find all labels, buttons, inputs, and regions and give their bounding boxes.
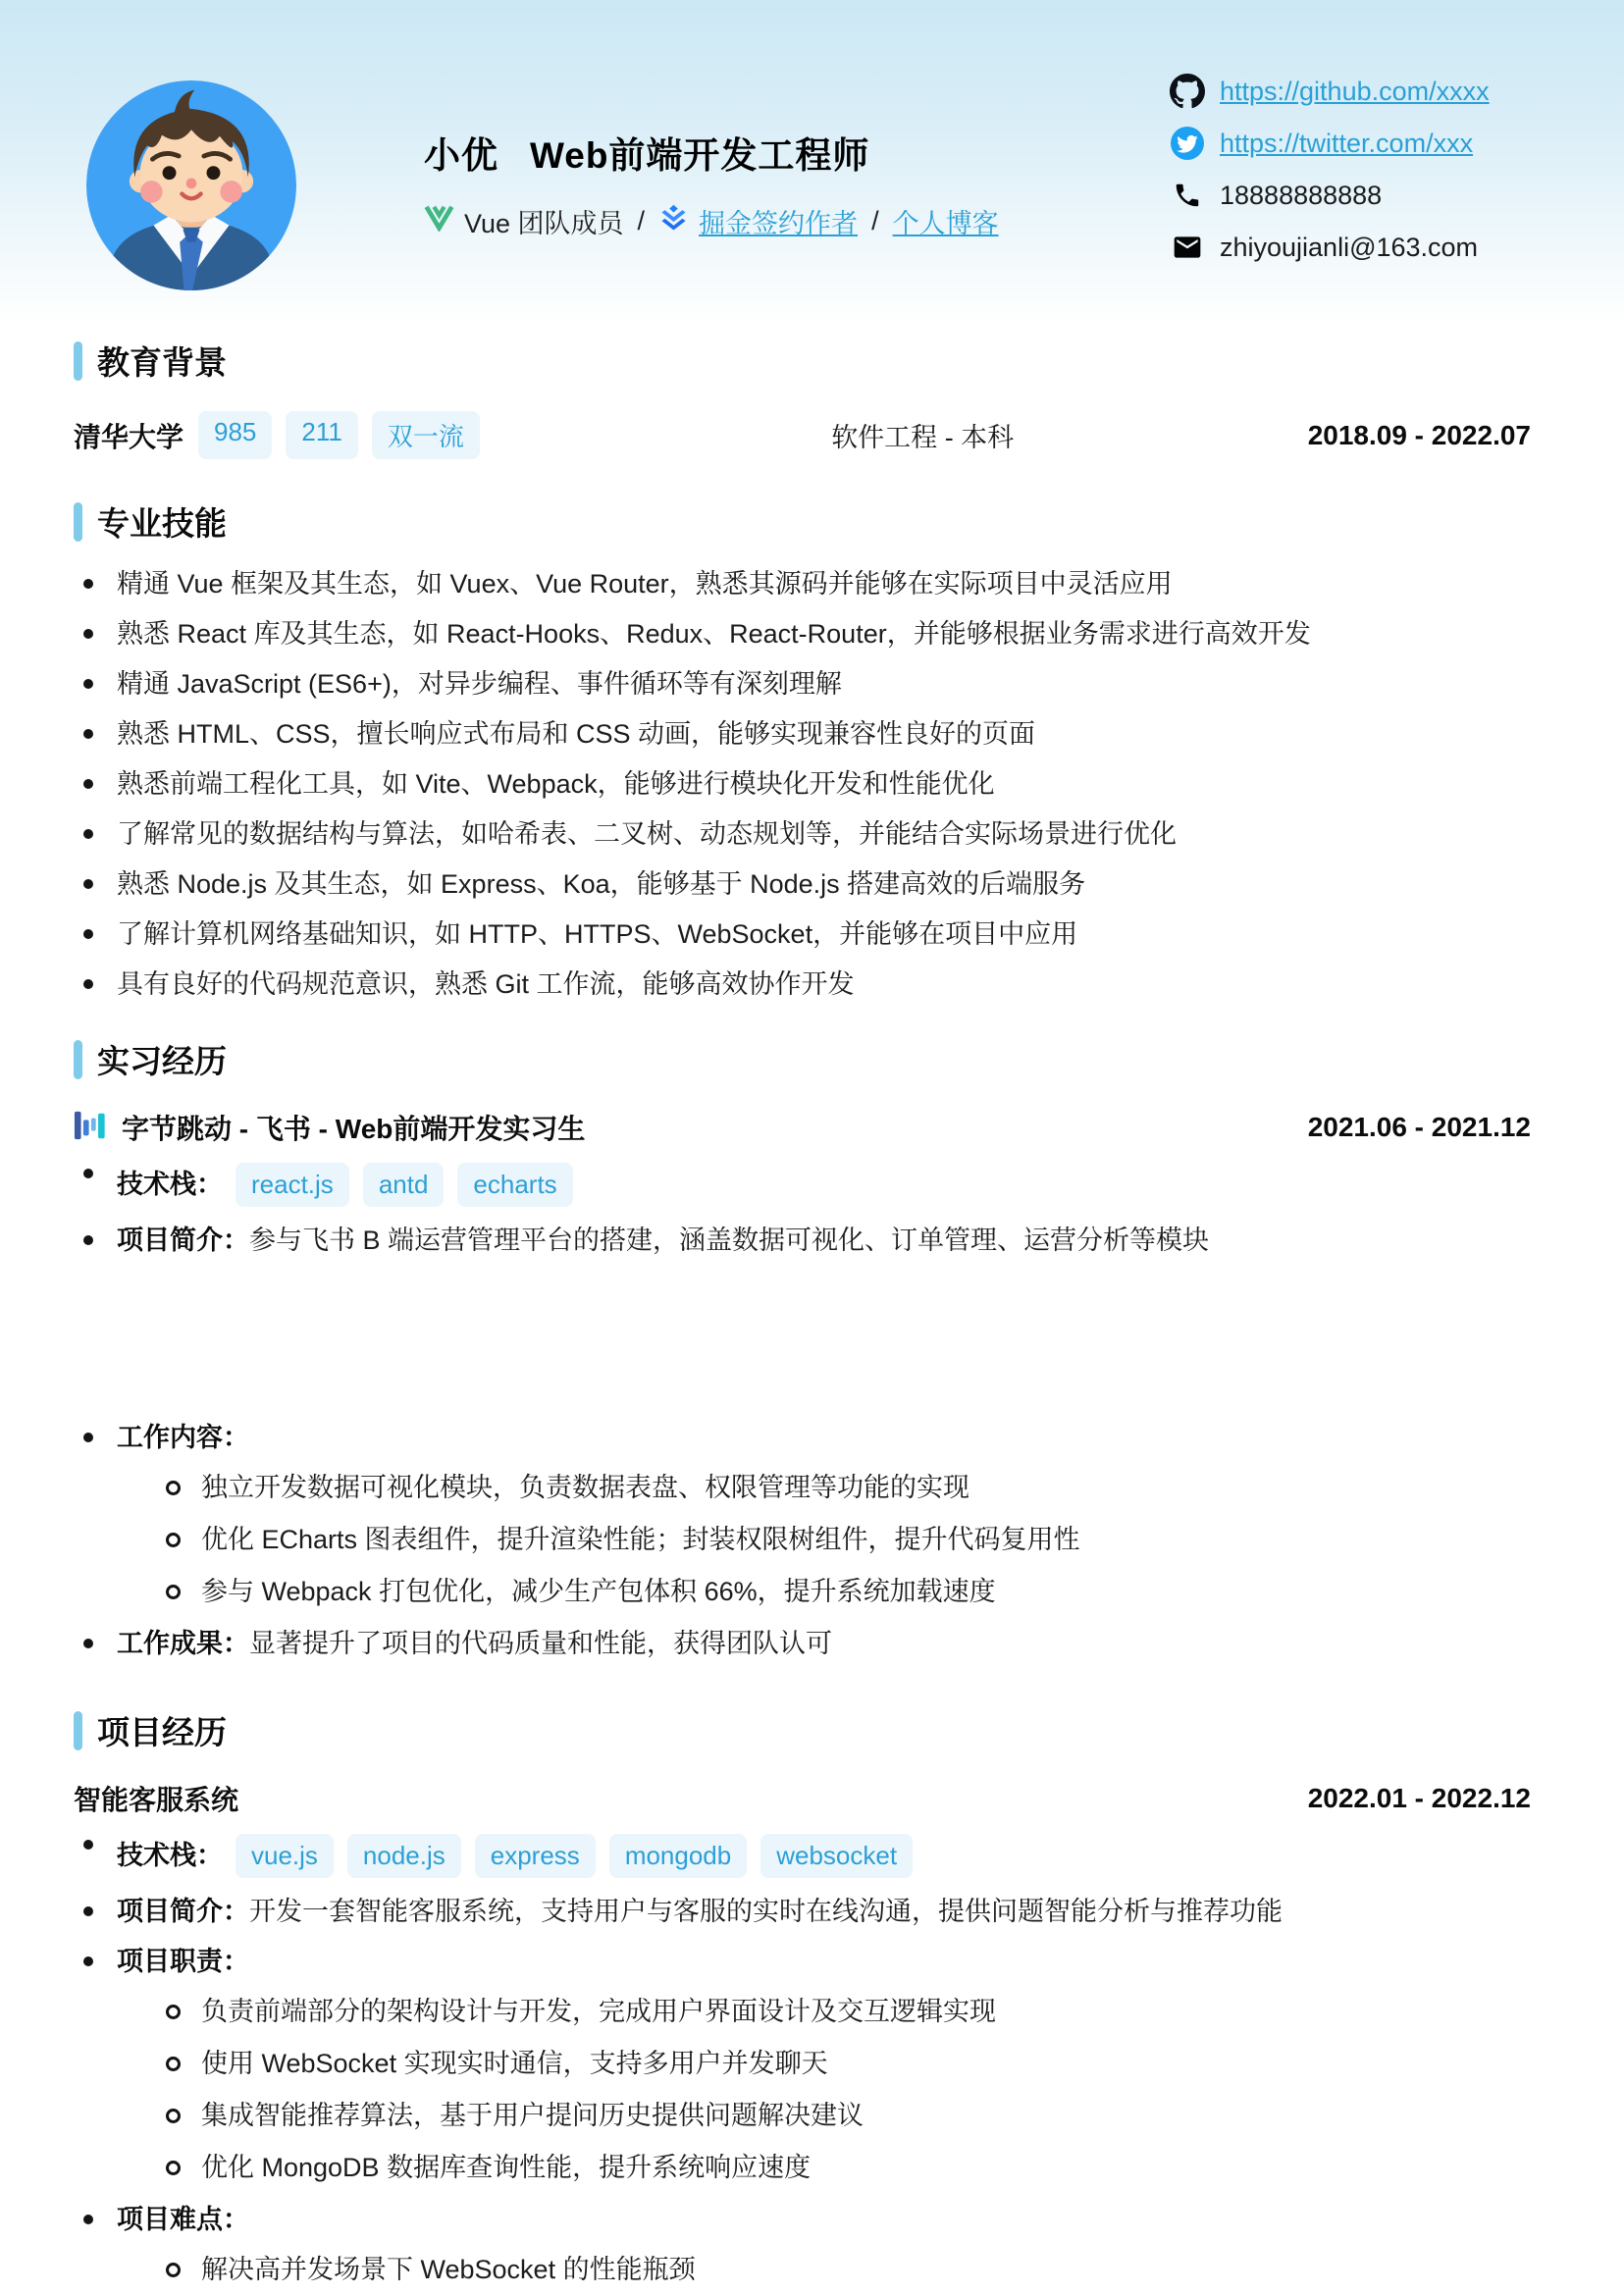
tech-badge: mongodb [609, 1834, 747, 1878]
section-title-text: 专业技能 [97, 498, 227, 545]
project-duty-label: 项目职责： [117, 1947, 249, 1976]
project-duty-item: 优化 MongoDB 数据库查询性能，提升系统响应速度 [158, 2152, 1531, 2184]
section-projects: 项目经历 智能客服系统 2022.01 - 2022.12 技术栈： vue.j… [74, 1707, 1531, 2286]
project-intro-label: 项目简介： [117, 1226, 249, 1255]
project-duty-sublist: 负责前端部分的架构设计与开发，完成用户界面设计及交互逻辑实现使用 WebSock… [158, 1996, 1531, 2184]
email-address: zhiyoujianli@163.com [1220, 233, 1478, 263]
phone-number: 18888888888 [1220, 181, 1382, 211]
personal-blog-link[interactable]: 个人博客 [893, 202, 999, 240]
skills-list: 精通 Vue 框架及其生态，如 Vuex、Vue Router，熟悉其源码并能够… [74, 568, 1531, 1001]
project-duty-item: 集成智能推荐算法，基于用户提问历史提供问题解决建议 [158, 2100, 1531, 2132]
email-icon [1170, 230, 1205, 265]
work-content-list: 工作内容： 独立开发数据可视化模块，负责数据表盘、权限管理等功能的实现优化 EC… [74, 1422, 1531, 1660]
work-content-item: 参与 Webpack 打包优化，减少生产包体积 66%，提升系统加载速度 [158, 1576, 1531, 1608]
skill-item: 熟悉 React 库及其生态，如 React-Hooks、Redux、React… [74, 618, 1531, 651]
projects-section-title: 项目经历 [74, 1707, 1531, 1753]
section-title-text: 实习经历 [97, 1036, 227, 1082]
work-content-sublist: 独立开发数据可视化模块，负责数据表盘、权限管理等功能的实现优化 ECharts … [158, 1472, 1531, 1608]
internship-period: 2021.06 - 2021.12 [1308, 1112, 1531, 1143]
project-name: 智能客服系统 [74, 1779, 238, 1818]
section-accent-bar [74, 1040, 82, 1079]
work-content-item: 优化 ECharts 图表组件，提升渲染性能；封装权限树组件，提升代码复用性 [158, 1524, 1531, 1556]
tech-badge: express [475, 1834, 596, 1878]
work-content-row: 工作内容： 独立开发数据可视化模块，负责数据表盘、权限管理等功能的实现优化 EC… [74, 1422, 1531, 1608]
tech-stack-label: 技术栈： [117, 1169, 223, 1201]
project-intro-row: 项目简介：开发一套智能客服系统，支持用户与客服的实时在线沟通，提供问题智能分析与… [74, 1896, 1531, 1928]
project-intro-label: 项目简介： [117, 1897, 249, 1926]
project-challenge-item: 解决高并发场景下 WebSocket 的性能瓶颈 [158, 2254, 1531, 2286]
skill-item: 熟悉 HTML、CSS，擅长响应式布局和 CSS 动画，能够实现兼容性良好的页面 [74, 718, 1531, 751]
section-accent-bar [74, 502, 82, 542]
contact-row-phone: 18888888888 [1170, 177, 1490, 214]
work-result-label: 工作成果： [117, 1629, 249, 1658]
contact-list: https://github.com/xxxx https://twitter.… [1170, 73, 1490, 266]
section-accent-bar [74, 1711, 82, 1750]
tech-stack-label: 技术栈： [117, 1840, 223, 1872]
skill-item: 熟悉 Node.js 及其生态，如 Express、Koa，能够基于 Node.… [74, 868, 1531, 901]
project-challenge-label: 项目难点： [117, 2205, 249, 2234]
school-name: 清华大学 [74, 416, 183, 455]
skill-item: 精通 Vue 框架及其生态，如 Vuex、Vue Router，熟悉其源码并能够… [74, 568, 1531, 600]
avatar [86, 80, 296, 290]
tech-badge: antd [363, 1163, 445, 1207]
work-result-text: 显著提升了项目的代码质量和性能，获得团队认可 [249, 1629, 832, 1658]
school-badge: 211 [286, 411, 357, 459]
skill-item: 具有良好的代码规范意识，熟悉 Git 工作流，能够高效协作开发 [74, 968, 1531, 1001]
juejin-author-link[interactable]: 掘金签约作者 [699, 202, 858, 240]
skills-section-title: 专业技能 [74, 498, 1531, 545]
project-duty-item: 使用 WebSocket 实现实时通信，支持多用户并发聊天 [158, 2048, 1531, 2080]
github-link[interactable]: https://github.com/xxxx [1220, 77, 1490, 107]
education-section-title: 教育背景 [74, 338, 1531, 384]
job-title: Web前端开发工程师 [530, 135, 869, 176]
tech-badge: react.js [236, 1163, 349, 1207]
project-period: 2022.01 - 2022.12 [1308, 1783, 1531, 1814]
education-period: 2018.09 - 2022.07 [1308, 420, 1531, 451]
internship-company-row: 字节跳动 - 飞书 - Web前端开发实习生 2021.06 - 2021.12 [74, 1108, 1531, 1147]
section-internship: 实习经历 字节跳动 - 飞书 - Web前端开发实习生 2021.06 - 20… [74, 1036, 1531, 1660]
project-challenge-sublist: 解决高并发场景下 WebSocket 的性能瓶颈 [158, 2254, 1531, 2286]
tech-badge: echarts [457, 1163, 572, 1207]
school-badge: 双一流 [372, 411, 480, 459]
candidate-name: 小优 [424, 135, 498, 176]
tech-stack-row: 技术栈： react.jsantdecharts [74, 1163, 1531, 1207]
contact-row-email: zhiyoujianli@163.com [1170, 229, 1490, 266]
project-intro-text: 开发一套智能客服系统，支持用户与客服的实时在线沟通，提供问题智能分析与推荐功能 [249, 1897, 1283, 1926]
internship-section-title: 实习经历 [74, 1036, 1531, 1082]
name-row: 小优Web前端开发工程师 [424, 126, 999, 179]
skill-item: 熟悉前端工程化工具，如 Vite、Webpack，能够进行模块化开发和性能优化 [74, 768, 1531, 801]
tech-stack-badges: react.jsantdecharts [236, 1163, 573, 1207]
github-icon [1170, 74, 1205, 109]
education-school-group: 清华大学 985211双一流 [74, 411, 831, 459]
project-detail-list: 技术栈： vue.jsnode.jsexpressmongodbwebsocke… [74, 1834, 1531, 2286]
work-content-item: 独立开发数据可视化模块，负责数据表盘、权限管理等功能的实现 [158, 1472, 1531, 1504]
section-skills: 专业技能 精通 Vue 框架及其生态，如 Vuex、Vue Router，熟悉其… [74, 498, 1531, 1001]
tech-badge: websocket [760, 1834, 913, 1878]
tech-stack-badges: vue.jsnode.jsexpressmongodbwebsocket [236, 1834, 913, 1878]
project-name-row: 智能客服系统 2022.01 - 2022.12 [74, 1779, 1531, 1818]
tech-badge: node.js [347, 1834, 461, 1878]
project-intro-text: 参与飞书 B 端运营管理平台的搭建，涵盖数据可视化、订单管理、运营分析等模块 [249, 1226, 1209, 1255]
resume-page: 小优Web前端开发工程师 Vue 团队成员 / [0, 0, 1624, 2295]
work-result-row: 工作成果：显著提升了项目的代码质量和性能，获得团队认可 [74, 1628, 1531, 1660]
section-title-text: 项目经历 [97, 1707, 227, 1753]
project-intro-row: 项目简介：参与飞书 B 端运营管理平台的搭建，涵盖数据可视化、订单管理、运营分析… [74, 1225, 1531, 1257]
tech-badge: vue.js [236, 1834, 334, 1878]
school-badges: 985211双一流 [198, 411, 480, 459]
internship-detail-list: 技术栈： react.jsantdecharts 项目简介：参与飞书 B 端运营… [74, 1163, 1531, 1257]
section-title-text: 教育背景 [97, 338, 227, 384]
twitter-icon [1170, 126, 1205, 161]
page-break-gap [74, 1275, 1531, 1422]
vue-tag-text: Vue 团队成员 [464, 202, 624, 240]
avatar-illustration [86, 80, 296, 290]
tagline-separator: / [871, 206, 879, 236]
section-education: 教育背景 清华大学 985211双一流 软件工程 - 本科 2018.09 - … [74, 338, 1531, 459]
skill-item: 了解常见的数据结构与算法，如哈希表、二叉树、动态规划等，并能结合实际场景进行优化 [74, 818, 1531, 851]
vue-logo-icon [424, 204, 454, 238]
tagline-separator: / [638, 206, 646, 236]
contact-row-github: https://github.com/xxxx [1170, 73, 1490, 110]
internship-company-title: 字节跳动 - 飞书 - Web前端开发实习生 [122, 1108, 585, 1147]
resume-content: 教育背景 清华大学 985211双一流 软件工程 - 本科 2018.09 - … [0, 338, 1624, 2286]
tagline: Vue 团队成员 / 掘金签约作者 / 个人博客 [424, 202, 999, 240]
skill-item: 精通 JavaScript (ES6+)，对异步编程、事件循环等有深刻理解 [74, 668, 1531, 701]
juejin-logo-icon [658, 203, 689, 240]
skill-item: 了解计算机网络基础知识，如 HTTP、HTTPS、WebSocket，并能够在项… [74, 918, 1531, 951]
header-main: 小优Web前端开发工程师 Vue 团队成员 / [424, 126, 999, 240]
tech-stack-row: 技术栈： vue.jsnode.jsexpressmongodbwebsocke… [74, 1834, 1531, 1878]
twitter-link[interactable]: https://twitter.com/xxx [1220, 129, 1473, 159]
bytedance-logo-icon [74, 1109, 107, 1147]
work-content-label: 工作内容： [117, 1423, 249, 1452]
school-badge: 985 [198, 411, 272, 459]
major-degree: 软件工程 - 本科 [831, 416, 1014, 454]
project-challenge-row: 项目难点： 解决高并发场景下 WebSocket 的性能瓶颈 [74, 2204, 1531, 2286]
education-row: 清华大学 985211双一流 软件工程 - 本科 2018.09 - 2022.… [74, 411, 1531, 459]
contact-row-twitter: https://twitter.com/xxx [1170, 125, 1490, 162]
resume-header: 小优Web前端开发工程师 Vue 团队成员 / [0, 0, 1624, 324]
phone-icon [1170, 178, 1205, 213]
project-duty-item: 负责前端部分的架构设计与开发，完成用户界面设计及交互逻辑实现 [158, 1996, 1531, 2028]
section-accent-bar [74, 341, 82, 381]
project-duty-row: 项目职责： 负责前端部分的架构设计与开发，完成用户界面设计及交互逻辑实现使用 W… [74, 1946, 1531, 2184]
